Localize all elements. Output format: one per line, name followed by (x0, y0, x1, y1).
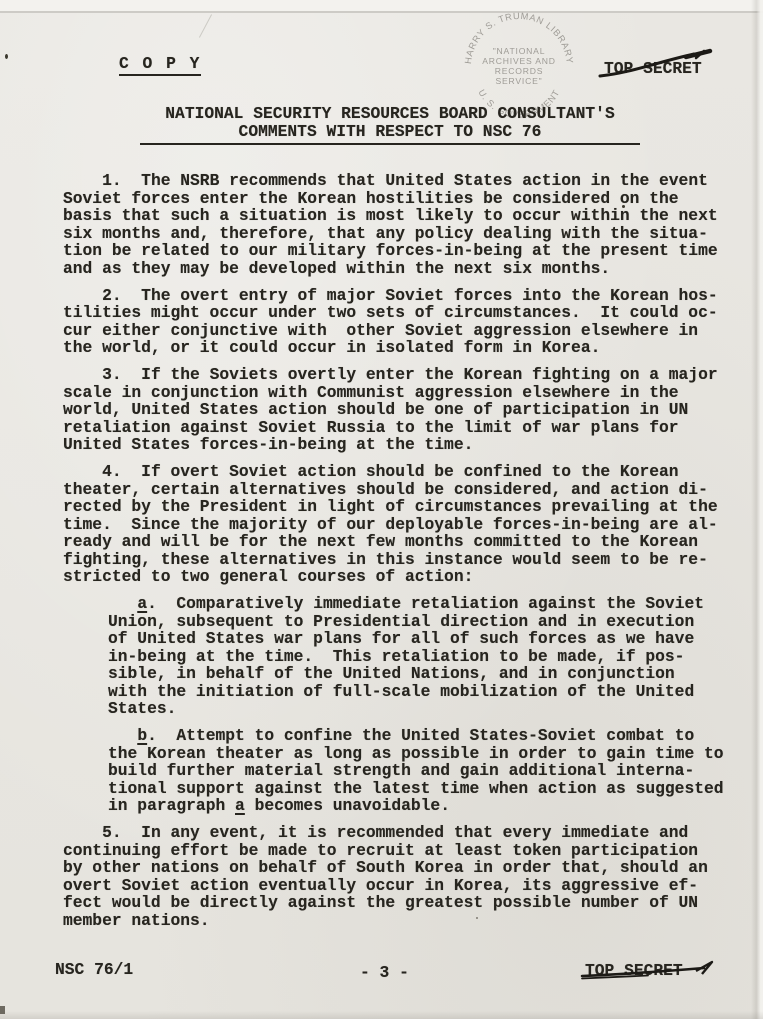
copy-label: C O P Y (119, 55, 201, 76)
stamp-center-line-3: RECORDS (495, 66, 544, 76)
paper-top-crease (0, 0, 763, 13)
paragraph-a: a. Comparatively immediate retaliation a… (108, 595, 761, 718)
paragraph-b-text-2: becomes unavoidable. (245, 796, 450, 815)
paragraph-a-lead (108, 594, 137, 613)
paragraph-a-label: a (137, 594, 147, 613)
paragraph-1: 1. The NSRB recommends that United State… (63, 172, 761, 277)
scan-speck (476, 917, 478, 919)
paragraph-a-text: . Comparatively immediate retaliation ag… (108, 594, 704, 718)
paper-right-edge (751, 0, 763, 1019)
pen-strike-mark-icon (592, 44, 724, 88)
scanned-document-page: { "header": { "copy_label": "C O P Y", "… (0, 0, 763, 1019)
paragraph-b-ref: a (235, 796, 245, 815)
page-number: - 3 - (360, 964, 409, 982)
document-body: 1. The NSRB recommends that United State… (63, 172, 761, 939)
paragraph-b: b. Attempt to confine the United States-… (108, 727, 761, 815)
paper-background: C O P Y HARRY S. TRUMAN LIBRARY "NATIONA… (0, 0, 763, 1019)
scan-speck (622, 205, 625, 208)
document-number: NSC 76/1 (55, 961, 133, 979)
pen-strike-mark-icon (576, 957, 722, 991)
paragraph-b-label: b (137, 726, 147, 745)
stamp-center-line-4: SERVICE" (495, 76, 542, 86)
paragraph-5: 5. In any event, it is recommended that … (63, 824, 761, 929)
document-title: NATIONAL SECURITY RESOURCES BOARD CONSUL… (140, 105, 640, 145)
paragraph-b-lead (108, 726, 137, 745)
title-line-2: COMMENTS WITH RESPECT TO NSC 76 (140, 123, 640, 146)
paragraph-4: 4. If overt Soviet action should be conf… (63, 463, 761, 586)
paragraph-2: 2. The overt entry of major Soviet force… (63, 287, 761, 357)
scan-speck (5, 54, 8, 59)
paper-crease-mark (199, 14, 212, 37)
title-line-1: NATIONAL SECURITY RESOURCES BOARD CONSUL… (140, 105, 640, 123)
paragraph-3: 3. If the Soviets overtly enter the Kore… (63, 366, 761, 454)
stamp-center-line-2: ARCHIVES AND (482, 56, 556, 66)
paper-bottom-shadow (0, 1011, 763, 1019)
stamp-center-line-1: "NATIONAL (493, 46, 546, 56)
